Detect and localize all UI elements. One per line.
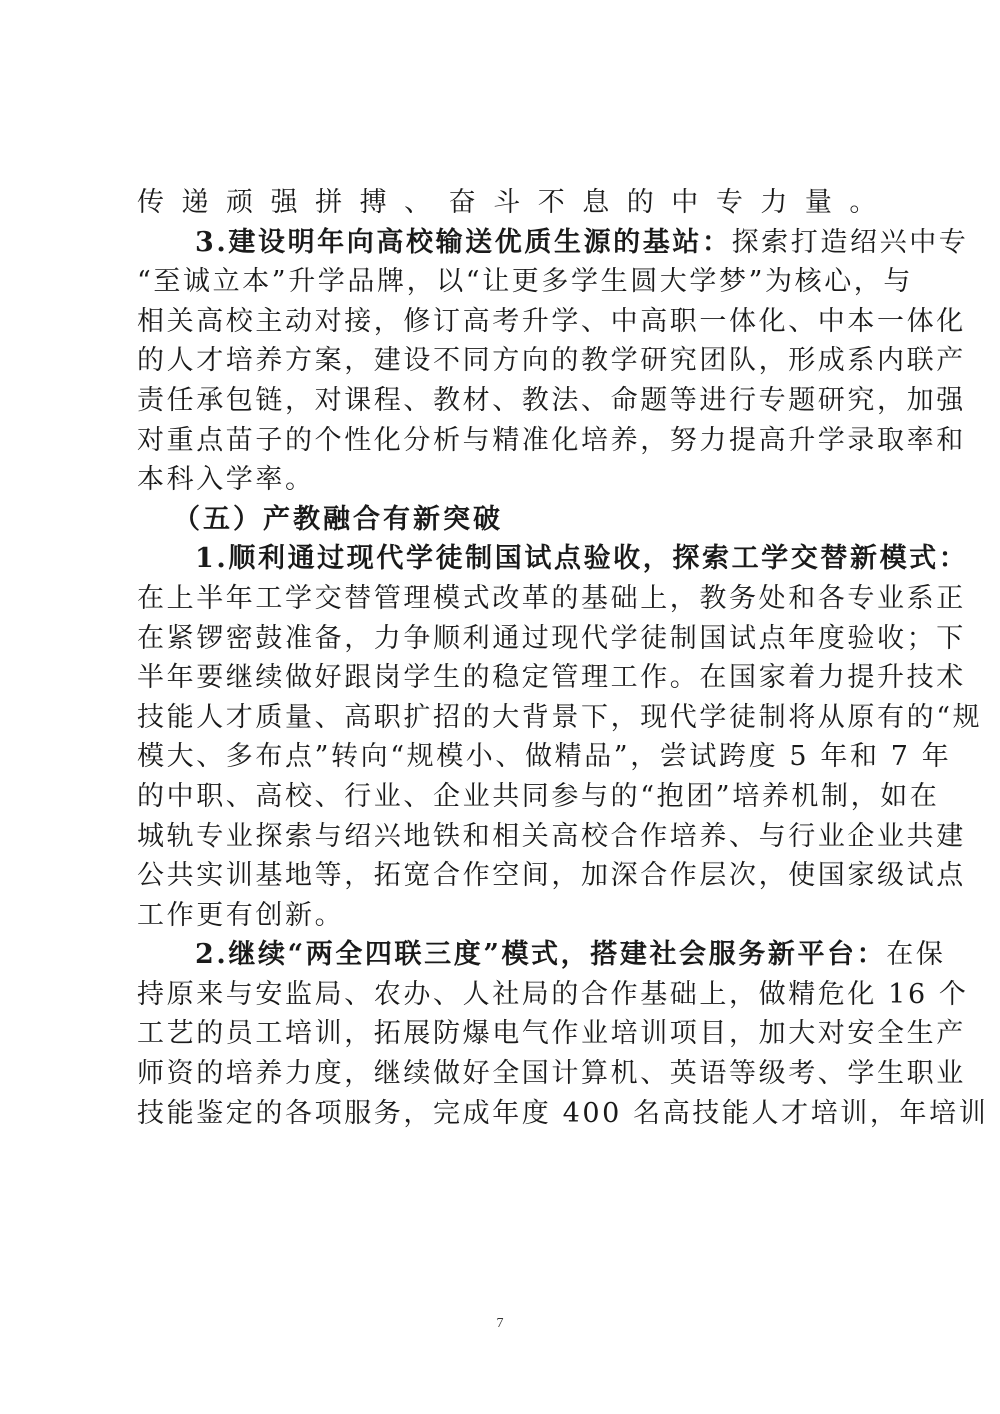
paragraph-line: 城轨专业探索与绍兴地铁和相关高校合作培养、与行业企业共建 [137, 817, 879, 857]
line-text: 相关高校主动对接，修订高考升学、中高职一体化、中本一体化 [137, 306, 966, 337]
line-text: 工艺的员工培训，拓展防爆电气作业培训项目，加大对安全生产 [137, 1018, 966, 1049]
paragraph-line: 相关高校主动对接，修订高考升学、中高职一体化、中本一体化 [137, 302, 879, 342]
item-2-lead: 2.继续“两全四联三度”模式，搭建社会服务新平台： [195, 939, 886, 970]
paragraph-line: 技能人才质量、高职扩招的大背景下，现代学徒制将从原有的“规 [137, 698, 879, 738]
line-text: 公共实训基地等，拓宽合作空间，加深合作层次，使国家级试点 [137, 860, 966, 891]
paragraph-line: 技能鉴定的各项服务，完成年度 400 名高技能人才培训，年培训 [137, 1094, 879, 1134]
line-text: 本科入学率。 [137, 464, 315, 495]
item-3-heading-line: 3.建设明年向高校输送优质生源的基站：探索打造绍兴中专 [137, 223, 879, 263]
line-text: 对重点苗子的个性化分析与精准化培养，努力提高升学录取率和 [137, 425, 966, 456]
line-text: 持原来与安监局、农办、人社局的合作基础上，做精危化 16 个 [137, 979, 969, 1010]
paragraph-line: 传递顽强拼搏、奋斗不息的中专力量。 [137, 183, 879, 223]
paragraph-line: 工艺的员工培训，拓展防爆电气作业培训项目，加大对安全生产 [137, 1014, 879, 1054]
section-heading: （五）产教融合有新突破 [137, 500, 879, 540]
line-text: 城轨专业探索与绍兴地铁和相关高校合作培养、与行业企业共建 [137, 821, 966, 852]
paragraph-line: 模大、多布点”转向“规模小、做精品”，尝试跨度 5 年和 7 年 [137, 737, 879, 777]
paragraph-line: 公共实训基地等，拓宽合作空间，加深合作层次，使国家级试点 [137, 856, 879, 896]
line-text: 技能鉴定的各项服务，完成年度 400 名高技能人才培训，年培训 [137, 1098, 988, 1129]
line-text: “至诚立本”升学品牌，以“让更多学生圆大学梦”为核心，与 [137, 266, 913, 297]
item-3-lead: 3.建设明年向高校输送优质生源的基站： [195, 227, 732, 258]
line-text: 的人才培养方案，建设不同方向的教学研究团队，形成系内联产 [137, 345, 966, 376]
paragraph-line: 对重点苗子的个性化分析与精准化培养，努力提高升学录取率和 [137, 421, 879, 461]
paragraph-line: 在上半年工学交替管理模式改革的基础上，教务处和各专业系正 [137, 579, 879, 619]
paragraph-line: 的人才培养方案，建设不同方向的教学研究团队，形成系内联产 [137, 341, 879, 381]
paragraph-line: 师资的培养力度，继续做好全国计算机、英语等级考、学生职业 [137, 1054, 879, 1094]
line-text: 责任承包链，对课程、教材、教法、命题等进行专题研究，加强 [137, 385, 966, 416]
page-number: 7 [0, 1316, 1000, 1332]
line-text: 的中职、高校、行业、企业共同参与的“抱团”培养机制，如在 [137, 781, 939, 812]
line-text: 探索打造绍兴中专 [732, 227, 969, 258]
paragraph-line: 半年要继续做好跟岗学生的稳定管理工作。在国家着力提升技术 [137, 658, 879, 698]
line-text: 师资的培养力度，继续做好全国计算机、英语等级考、学生职业 [137, 1058, 966, 1089]
line-text: 技能人才质量、高职扩招的大背景下，现代学徒制将从原有的“规 [137, 702, 982, 733]
paragraph-line: 在紧锣密鼓准备，力争顺利通过现代学徒制国试点年度验收；下 [137, 619, 879, 659]
paragraph-line: “至诚立本”升学品牌，以“让更多学生圆大学梦”为核心，与 [137, 262, 879, 302]
body-text: 传递顽强拼搏、奋斗不息的中专力量。 3.建设明年向高校输送优质生源的基站：探索打… [137, 183, 879, 1133]
item-1-heading-line: 1.顺利通过现代学徒制国试点验收，探索工学交替新模式： [137, 539, 879, 579]
line-text: 在保 [886, 939, 945, 970]
line-text: 在上半年工学交替管理模式改革的基础上，教务处和各专业系正 [137, 583, 966, 614]
item-2-heading-line: 2.继续“两全四联三度”模式，搭建社会服务新平台：在保 [137, 935, 879, 975]
paragraph-line: 的中职、高校、行业、企业共同参与的“抱团”培养机制，如在 [137, 777, 879, 817]
line-text: 传递顽强拼搏、奋斗不息的中专力量。 [137, 187, 879, 218]
paragraph-line: 责任承包链，对课程、教材、教法、命题等进行专题研究，加强 [137, 381, 879, 421]
paragraph-line: 本科入学率。 [137, 460, 879, 500]
document-page: 传递顽强拼搏、奋斗不息的中专力量。 3.建设明年向高校输送优质生源的基站：探索打… [0, 0, 1000, 1414]
line-text: 半年要继续做好跟岗学生的稳定管理工作。在国家着力提升技术 [137, 662, 966, 693]
line-text: 工作更有创新。 [137, 900, 344, 931]
paragraph-line: 工作更有创新。 [137, 896, 879, 936]
line-text: 模大、多布点”转向“规模小、做精品”，尝试跨度 5 年和 7 年 [137, 741, 951, 772]
item-1-lead: 1.顺利通过现代学徒制国试点验收，探索工学交替新模式： [195, 543, 968, 574]
paragraph-line: 持原来与安监局、农办、人社局的合作基础上，做精危化 16 个 [137, 975, 879, 1015]
line-text: 在紧锣密鼓准备，力争顺利通过现代学徒制国试点年度验收；下 [137, 623, 966, 654]
section-heading-text: （五）产教融合有新突破 [173, 504, 503, 535]
